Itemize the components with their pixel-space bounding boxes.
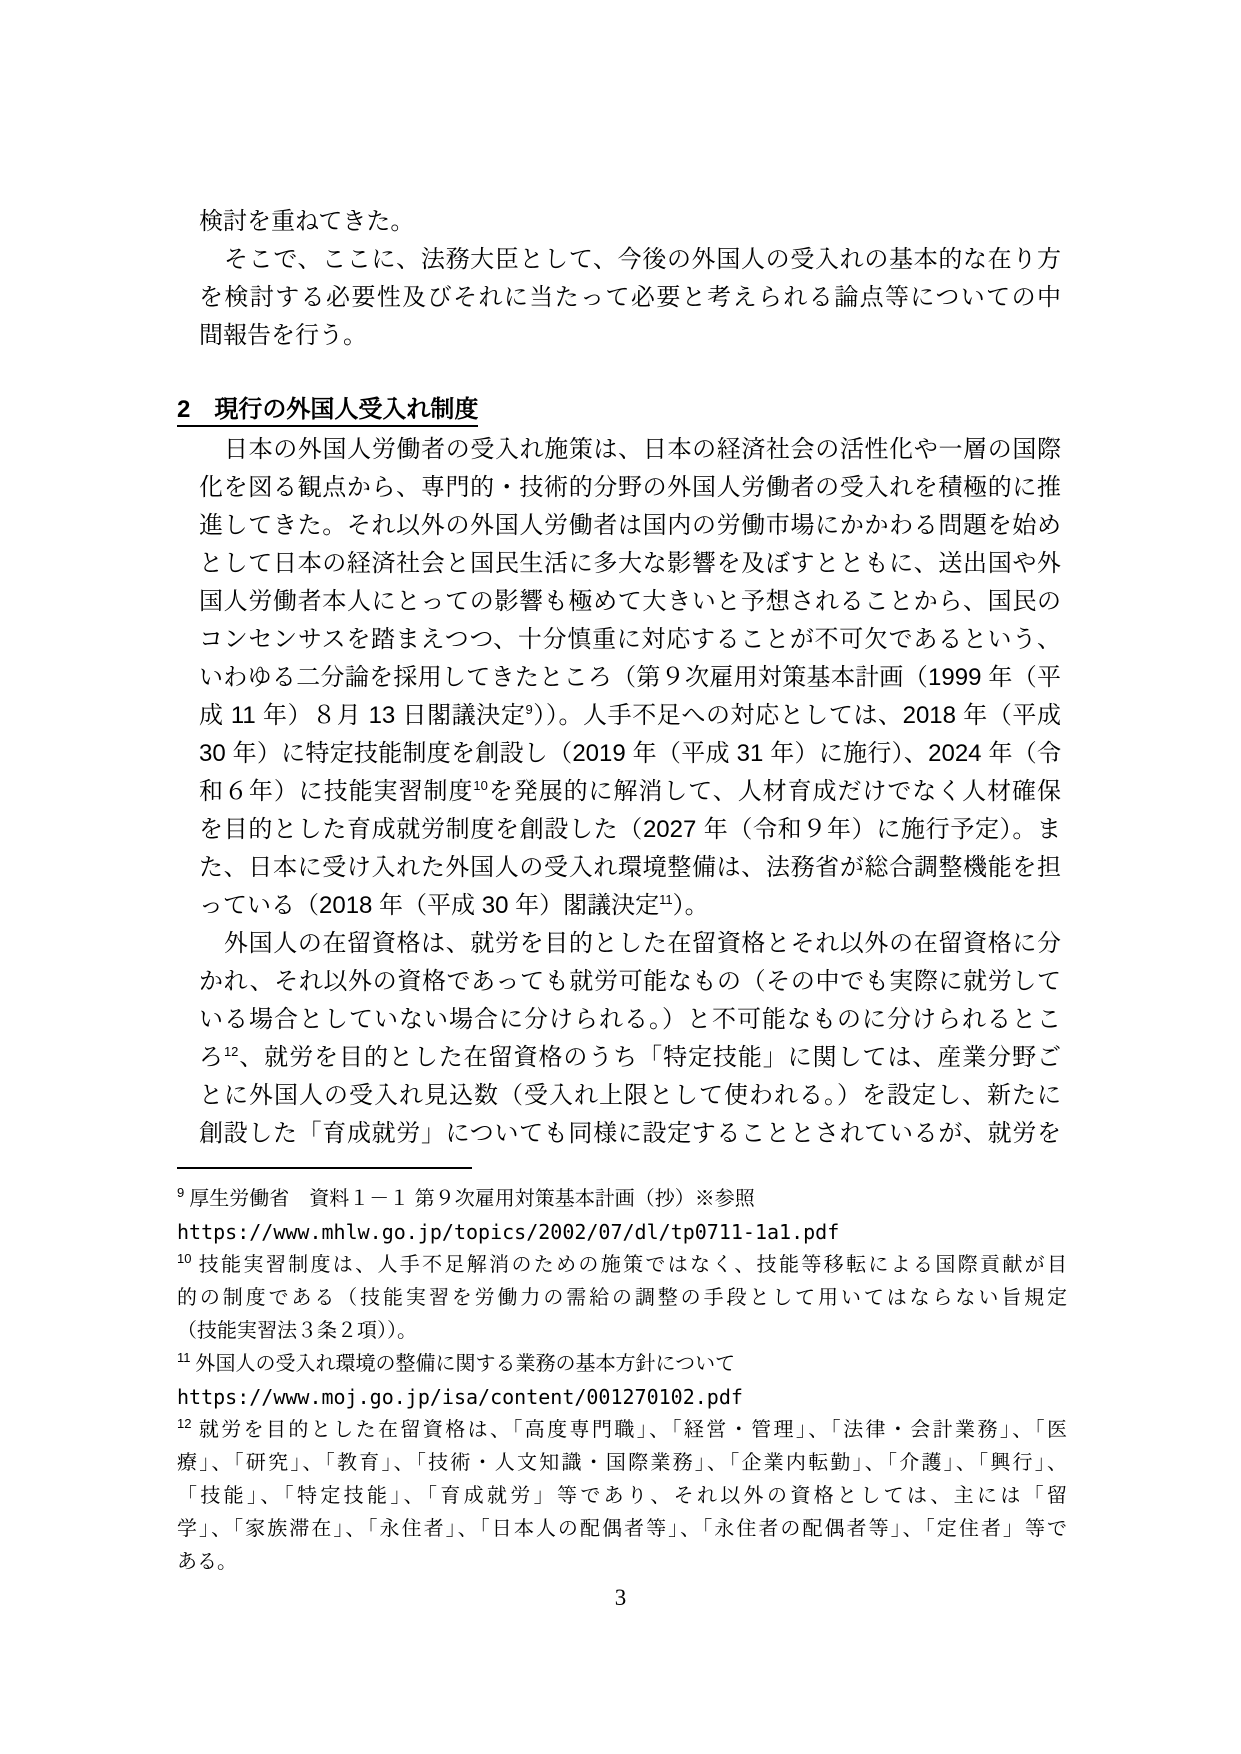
text-line: ろ12、就労を目的とした在留資格のうち「特定技能」に関しては、産業分野ご — [199, 1039, 1061, 1077]
text-line: いる場合としていない場合に分けられる。）と不可能なものに分けられるとこ — [199, 1001, 1061, 1039]
section-heading-row: 2 現行の外国人受入れ制度 — [177, 391, 1067, 429]
text-line: を検討する必要性及びそれに当たって必要と考えられる論点等についての中 — [199, 279, 1061, 317]
footnote-line: 11外国人の受入れ環境の整備に関する業務の基本方針について — [177, 1348, 1067, 1381]
footnote-marker: 10 — [177, 1251, 191, 1266]
footnote-separator — [177, 1167, 472, 1169]
footnote-ref-12: 12 — [224, 1044, 238, 1059]
text-line: 間報告を行う。 — [199, 317, 1061, 355]
text-run: ろ — [199, 1044, 224, 1071]
footnote-line: 9厚生労働省 資料１－１ 第９次雇用対策基本計画（抄）※参照 — [177, 1183, 1067, 1216]
text-line: 日本の外国人労働者の受入れ施策は、日本の経済社会の活性化や一層の国際 — [199, 431, 1061, 469]
body-text: 検討を重ねてきた。 そこで、ここに、法務大臣として、今後の外国人の受入れの基本的… — [177, 203, 1067, 1579]
text-line: 30 年）に特定技能制度を創設し（2019 年（平成 31 年）に施行）、202… — [199, 735, 1061, 773]
footnote-text: 技能実習制度は、人手不足解消のための施策ではなく、技能等移転による国際貢献が目 — [196, 1254, 1067, 1276]
footnote-ref-11: 11 — [659, 892, 673, 907]
text-line: 和６年）に技能実習制度10を発展的に解消して、人材育成だけでなく人材確保 — [199, 773, 1061, 811]
text-run: 、就労を目的とした在留資格のうち「特定技能」に関しては、産業分野ご — [238, 1044, 1061, 1071]
text-line: 国人労働者本人にとっての影響も極めて大きいと予想されることから、国民の — [199, 583, 1061, 621]
footnote-ref-10: 10 — [473, 778, 487, 793]
text-line: 創設した「育成就労」についても同様に設定することとされているが、就労を — [199, 1115, 1061, 1153]
footnote-line: 的の制度である（技能実習を労働力の需給の調整の手段として用いてはならない旨規定 — [177, 1282, 1067, 1315]
text-run: っている（2018 年（平成 30 年）閣議決定 — [199, 892, 659, 919]
text-line: 外国人の在留資格は、就労を目的とした在留資格とそれ以外の在留資格に分 — [199, 925, 1061, 963]
footnote-ref-9: 9 — [525, 702, 532, 717]
footnote-marker: 9 — [177, 1185, 184, 1200]
text-line: 進してきた。それ以外の外国人労働者は国内の労働市場にかかわる問題を始め — [199, 507, 1061, 545]
text-line: そこで、ここに、法務大臣として、今後の外国人の受入れの基本的な在り方 — [199, 241, 1061, 279]
footnote-line: 療」、「研究」、「教育」、「技術・人文知識・国際業務」、「企業内転勤」、「介護」… — [177, 1447, 1067, 1480]
page-number: 3 — [0, 1584, 1241, 1612]
footnote-line: 12就労を目的とした在留資格は、「高度専門職」、「経営・管理」、「法律・会計業務… — [177, 1414, 1067, 1447]
text-line: っている（2018 年（平成 30 年）閣議決定11）。 — [199, 887, 1061, 925]
footnotes: 9厚生労働省 資料１－１ 第９次雇用対策基本計画（抄）※参照 https://w… — [177, 1183, 1067, 1579]
text-line: コンセンサスを踏まえつつ、十分慎重に対応することが不可欠であるという、 — [199, 621, 1061, 659]
footnote-12: 12就労を目的とした在留資格は、「高度専門職」、「経営・管理」、「法律・会計業務… — [177, 1414, 1067, 1579]
text-line: 化を図る観点から、専門的・技術的分野の外国人労働者の受入れを積極的に推 — [199, 469, 1061, 507]
footnote-line: 学」、「家族滞在」、「永住者」、「日本人の配偶者等」、「永住者の配偶者等」、「定… — [177, 1513, 1067, 1546]
footnote-line: （技能実習法３条２項））。 — [177, 1315, 1067, 1348]
footnote-text: 就労を目的とした在留資格は、「高度専門職」、「経営・管理」、「法律・会計業務」、… — [196, 1419, 1067, 1441]
footnote-marker: 11 — [177, 1350, 191, 1365]
footnote-marker: 12 — [177, 1416, 191, 1431]
footnote-text: 外国人の受入れ環境の整備に関する業務の基本方針について — [196, 1353, 736, 1375]
footnote-line: 10技能実習制度は、人手不足解消のための施策ではなく、技能等移転による国際貢献が… — [177, 1249, 1067, 1282]
footnote-11: 11外国人の受入れ環境の整備に関する業務の基本方針について https://ww… — [177, 1348, 1067, 1414]
text-line: として日本の経済社会と国民生活に多大な影響を及ぼすとともに、送出国や外 — [199, 545, 1061, 583]
text-line: かれ、それ以外の資格であっても就労可能なもの（その中でも実際に就労して — [199, 963, 1061, 1001]
footnote-url: https://www.mhlw.go.jp/topics/2002/07/dl… — [177, 1216, 1067, 1249]
footnote-9: 9厚生労働省 資料１－１ 第９次雇用対策基本計画（抄）※参照 https://w… — [177, 1183, 1067, 1249]
text-run: 成 11 年）８月 13 日閣議決定 — [199, 702, 525, 729]
footnote-10: 10技能実習制度は、人手不足解消のための施策ではなく、技能等移転による国際貢献が… — [177, 1249, 1067, 1348]
text-run: ）。 — [673, 892, 709, 919]
text-run: を発展的に解消して、人材育成だけでなく人材確保 — [488, 778, 1061, 805]
text-run: ））。人手不足への対応としては、2018 年（平成 — [533, 702, 1061, 729]
footnote-line: 「技能」、「特定技能」、「育成就労」等であり、それ以外の資格としては、主には「留 — [177, 1480, 1067, 1513]
text-line: いわゆる二分論を採用してきたところ（第９次雇用対策基本計画（1999 年（平 — [199, 659, 1061, 697]
text-line: とに外国人の受入れ見込数（受入れ上限として使われる。）を設定し、新たに — [199, 1077, 1061, 1115]
footnote-text: 厚生労働省 資料１－１ 第９次雇用対策基本計画（抄）※参照 — [189, 1188, 755, 1210]
text-line: た、日本に受け入れた外国人の受入れ環境整備は、法務省が総合調整機能を担 — [199, 849, 1061, 887]
text-line: を目的とした育成就労制度を創設した（2027 年（令和９年）に施行予定）。ま — [199, 811, 1061, 849]
text-run: 和６年）に技能実習制度 — [199, 778, 473, 805]
footnote-url: https://www.moj.go.jp/isa/content/001270… — [177, 1381, 1067, 1414]
footnote-line: ある。 — [177, 1546, 1067, 1579]
section-heading: 2 現行の外国人受入れ制度 — [177, 396, 478, 427]
document-page: 検討を重ねてきた。 そこで、ここに、法務大臣として、今後の外国人の受入れの基本的… — [0, 0, 1241, 1754]
text-line: 成 11 年）８月 13 日閣議決定9））。人手不足への対応としては、2018 … — [199, 697, 1061, 735]
text-line: 検討を重ねてきた。 — [199, 203, 1061, 241]
